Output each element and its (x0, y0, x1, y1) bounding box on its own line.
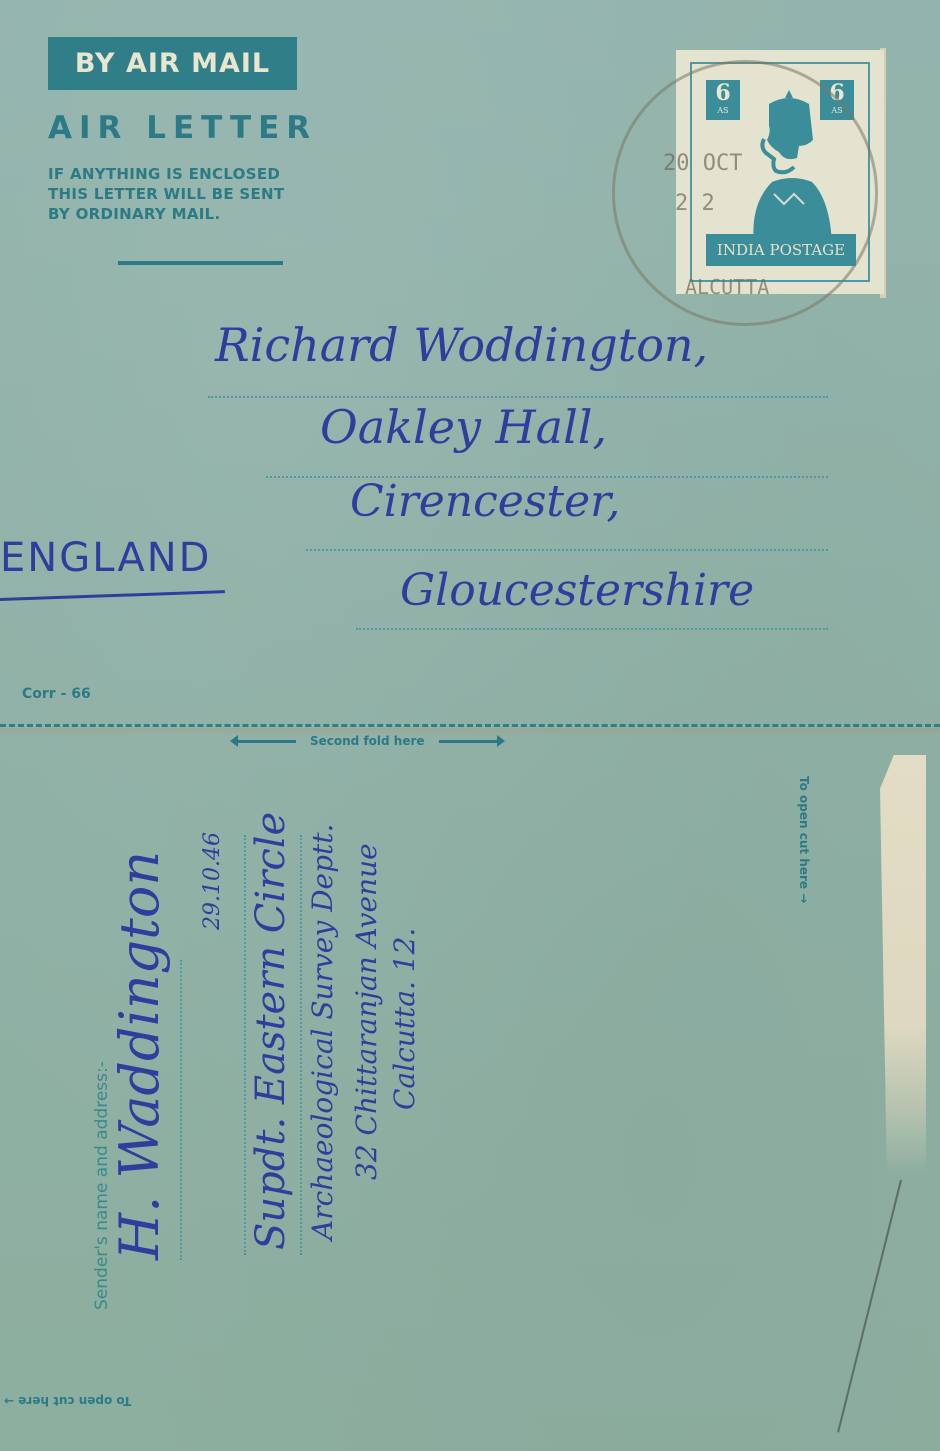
by-air-mail-banner: BY AIR MAIL (48, 37, 297, 90)
country-england: ENGLAND (0, 535, 211, 581)
cut-instruction-bottom: To open cut here → (4, 1394, 131, 1408)
address-dotline (208, 396, 828, 398)
print-code: Corr - 66 (22, 686, 91, 702)
header-rule (118, 261, 283, 265)
arrow-right-icon: → (4, 1394, 14, 1408)
sender-dotline (244, 835, 246, 1255)
sender-address-line: Supdt. Eastern Circle (248, 812, 294, 1250)
arrow-down-icon: → (797, 893, 811, 903)
arrow-right-icon (439, 740, 497, 743)
second-fold-instruction: Second fold here (238, 734, 497, 748)
sender-date: 29.10.46 (200, 832, 225, 930)
second-fold-label: Second fold here (310, 734, 425, 748)
arrow-left-icon (238, 740, 296, 743)
address-line-town: Cirencester, (350, 476, 620, 527)
address-dotline (306, 549, 828, 551)
address-line-county: Gloucestershire (400, 565, 754, 616)
postage-stamp: 6 AS 6 AS INDIA POSTAGE (676, 50, 884, 294)
address-dotline (356, 628, 828, 630)
sender-address-line: Archaeological Survey Deptt. (306, 824, 339, 1240)
torn-flap (880, 755, 926, 1175)
notice-line: IF ANYTHING IS ENCLOSED (48, 164, 284, 184)
king-portrait-icon (734, 84, 834, 244)
sender-address-line: 32 Chittaranjan Avenue (350, 843, 383, 1180)
notice-line: BY ORDINARY MAIL. (48, 204, 284, 224)
sender-address-line: Calcutta. 12. (388, 928, 421, 1110)
sender-signature: H. Waddington (108, 851, 171, 1260)
notice-line: THIS LETTER WILL BE SENT (48, 184, 284, 204)
address-line-name: Richard Woddington, (215, 318, 708, 372)
address-line-house: Oakley Hall, (320, 400, 607, 454)
air-letter-title: AIR LETTER (48, 110, 317, 146)
india-postage-label: INDIA POSTAGE (706, 234, 856, 266)
banner-text: BY AIR MAIL (75, 48, 270, 79)
sender-dotline (300, 835, 302, 1255)
enclosure-notice: IF ANYTHING IS ENCLOSED THIS LETTER WILL… (48, 164, 284, 224)
first-fold-dashed-line (0, 724, 940, 727)
sender-dotline (180, 960, 182, 1260)
cut-instruction-right: To open cut here → (797, 776, 811, 903)
